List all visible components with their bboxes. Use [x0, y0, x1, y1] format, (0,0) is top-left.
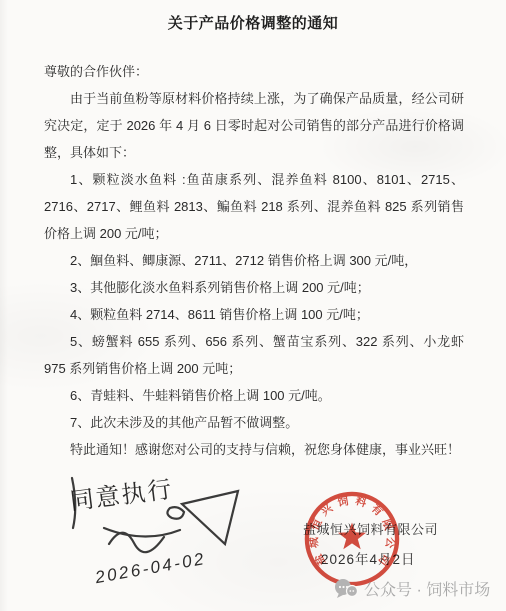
signature-approval-text: 同意执行	[68, 476, 175, 515]
company-seal-stamp: 盐城恒兴饲料有限公司	[300, 487, 404, 591]
document-body: 尊敬的合作伙伴： 由于当前鱼粉等原材料价格持续上涨，为了确保产品质量，经公司研究…	[44, 58, 464, 463]
notice-item-7: 7、此次未涉及的其他产品暂不做调整。	[44, 409, 464, 436]
signature-handwritten-date: 2026-04-02	[93, 549, 208, 584]
document-title: 关于产品价格调整的通知	[0, 12, 506, 33]
notice-item-3: 3、其他膨化淡水鱼料系列销售价格上调 200 元/吨；	[44, 274, 464, 301]
notice-document-page: 关于产品价格调整的通知 尊敬的合作伙伴： 由于当前鱼粉等原材料价格持续上涨，为了…	[0, 0, 506, 611]
notice-item-5: 5、螃蟹料 655 系列、656 系列、蟹苗宝系列、322 系列、小龙虾 975…	[44, 328, 464, 382]
watermark-text: 公众号 · 饲料市场	[364, 577, 490, 600]
intro-paragraph: 由于当前鱼粉等原材料价格持续上涨，为了确保产品质量，经公司研究决定，定于 202…	[44, 85, 464, 166]
greeting-line: 尊敬的合作伙伴：	[44, 58, 464, 85]
wechat-bubbles-icon	[334, 578, 358, 600]
watermark: 公众号 · 饲料市场	[334, 577, 490, 600]
notice-item-2: 2、鮰鱼料、鲫康源、2711、2712 销售价格上调 300 元/吨，	[44, 247, 464, 274]
handwritten-signature: 同意执行 2026-04-02	[52, 462, 257, 584]
notice-item-1: 1、颗粒淡水鱼料 :鱼苗康系列、混养鱼料 8100、8101、2715、2716…	[44, 166, 464, 247]
notice-item-4: 4、颗粒鱼料 2714、8611 销售价格上调 100 元/吨；	[44, 301, 464, 328]
closing-line: 特此通知！感谢您对公司的支持与信赖，祝您身体健康，事业兴旺！	[44, 436, 464, 463]
notice-item-6: 6、青蛙料、牛蛙料销售价格上调 100 元/吨。	[44, 382, 464, 409]
seal-star-icon	[338, 523, 366, 550]
